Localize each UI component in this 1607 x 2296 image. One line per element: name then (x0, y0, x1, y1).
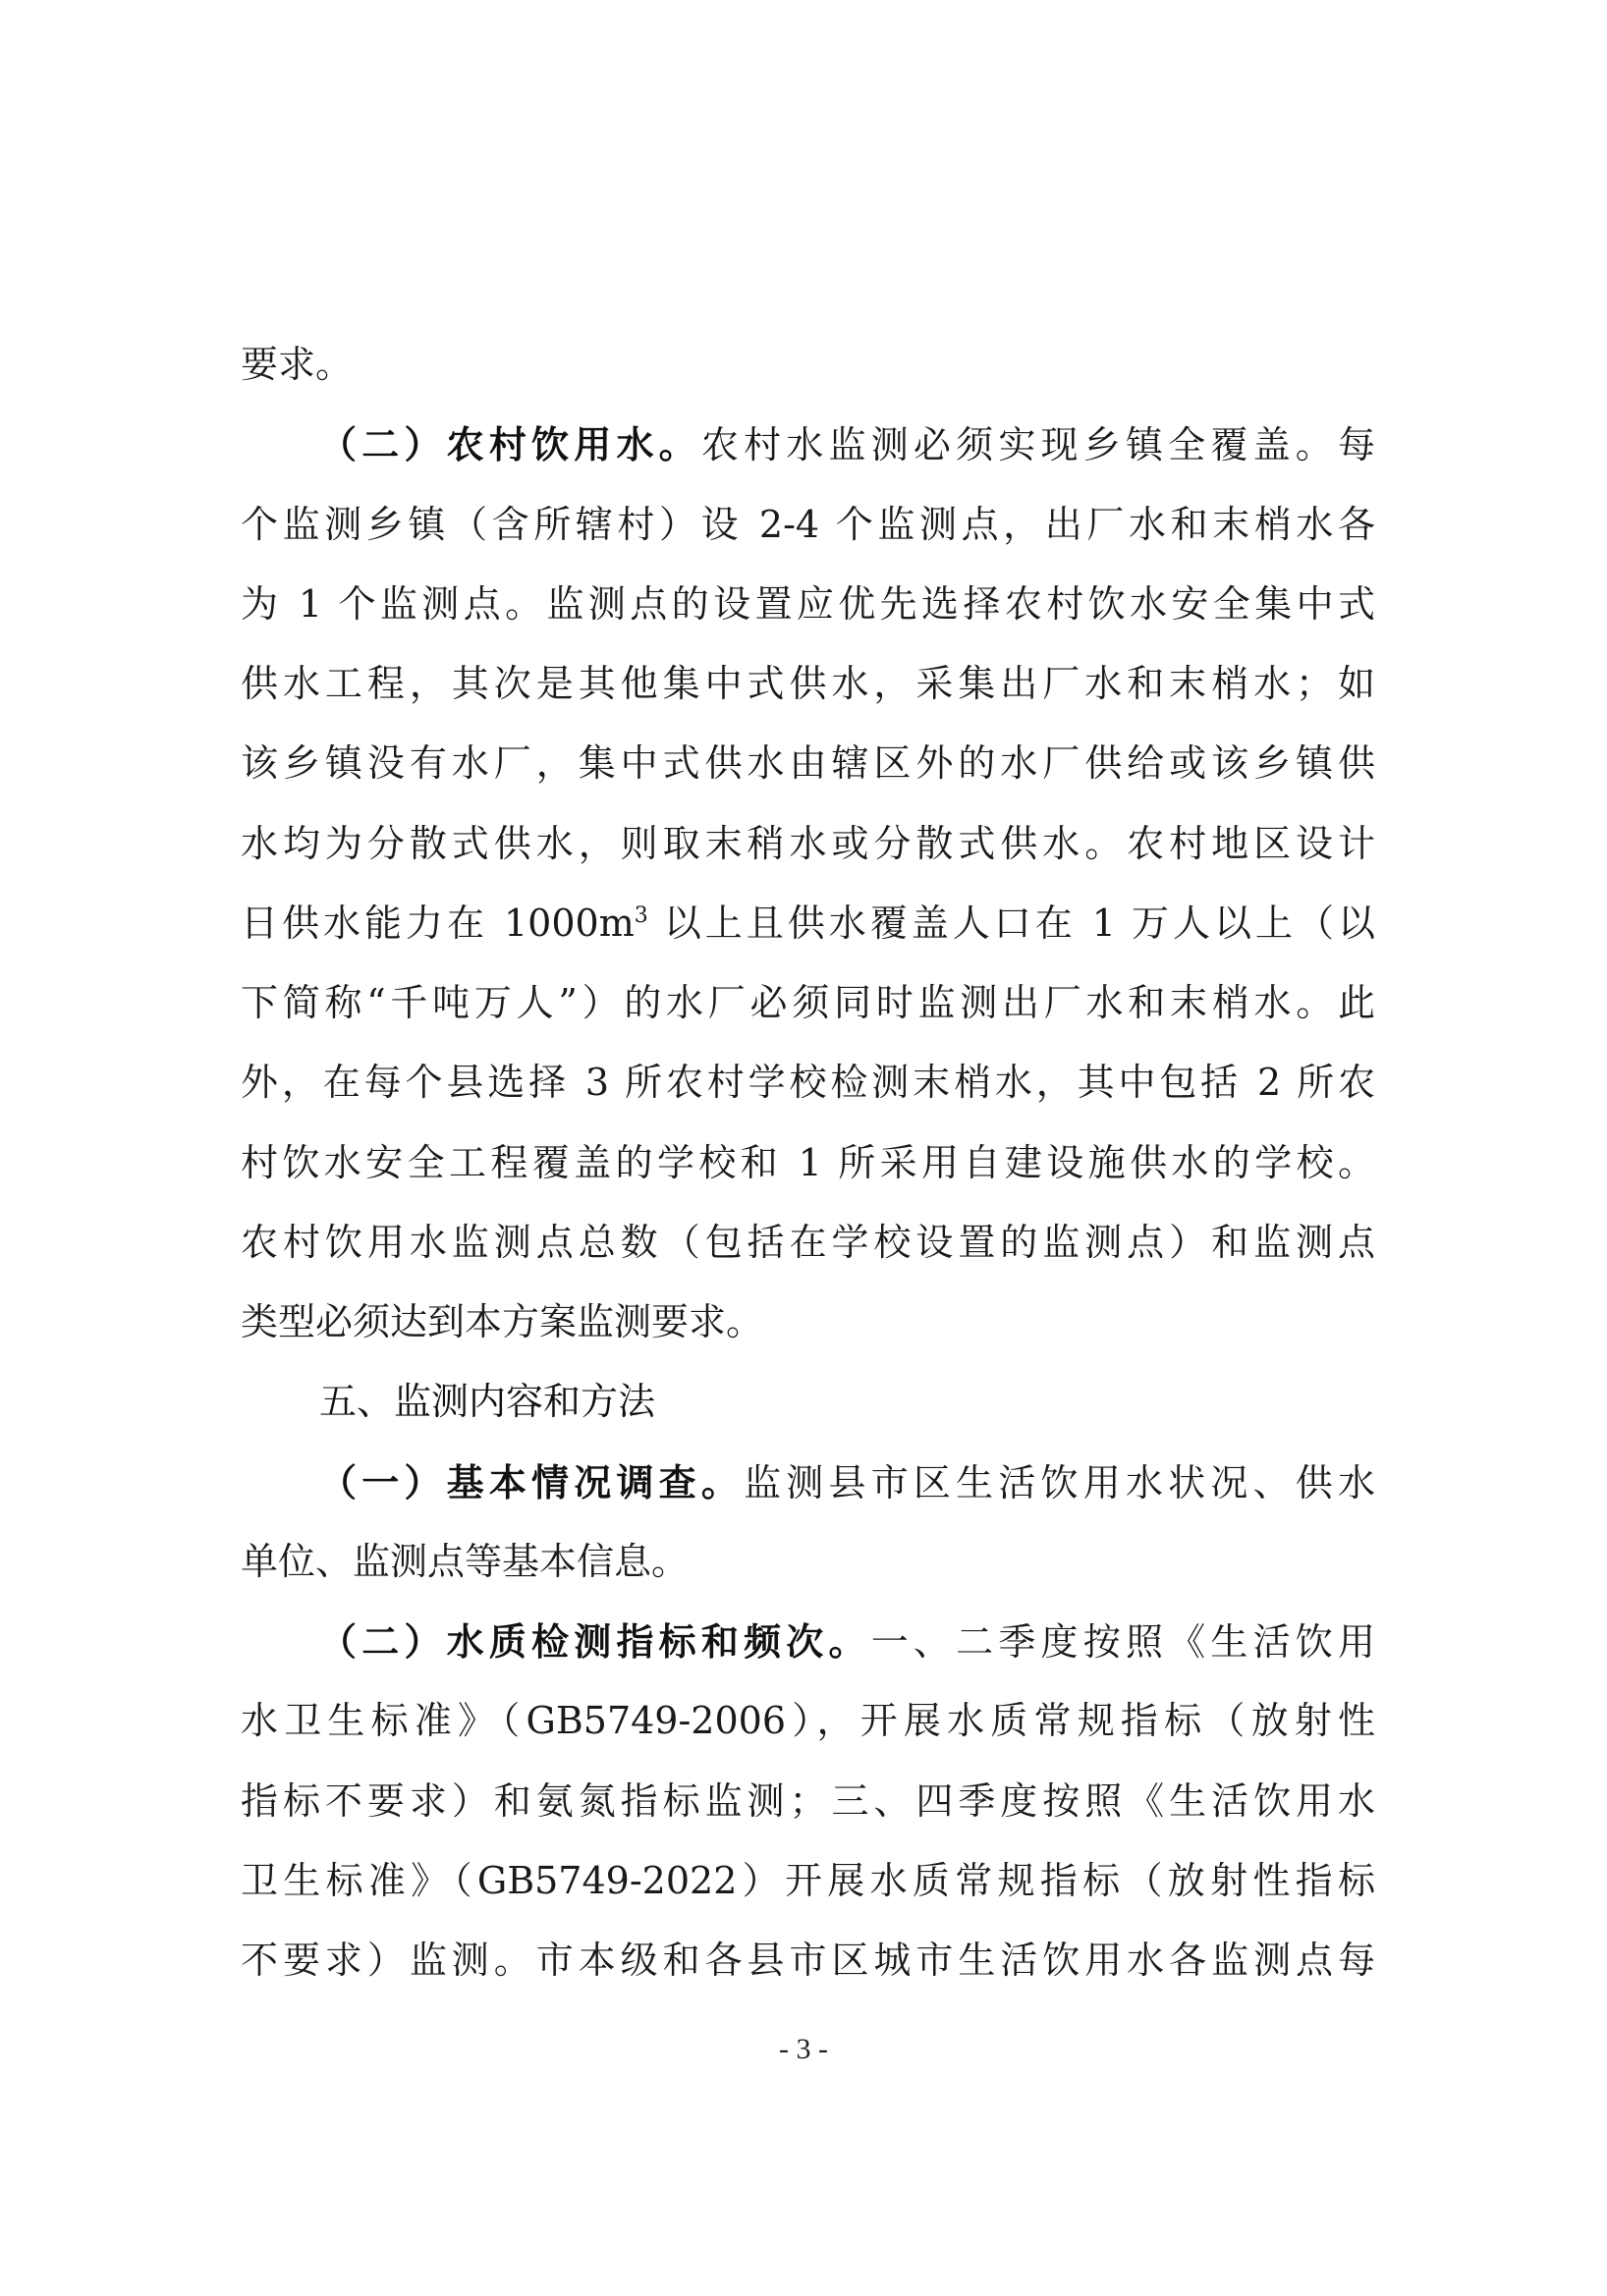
paragraph-text: 农村水监测必须实现乡镇全覆盖。每 (701, 423, 1375, 466)
section-heading-rural-water: （二）农村饮用水。农村水监测必须实现乡镇全覆盖。每 (241, 405, 1375, 484)
paragraph-line: 水卫生标准》（GB5749-2006），开展水质常规指标（放射性 (241, 1681, 1375, 1761)
paragraph-text: 监测县市区生活饮用水状况、供水 (744, 1461, 1375, 1504)
paragraph-line: 个监测乡镇（含所辖村）设 2-4 个监测点，出厂水和末梢水各 (241, 485, 1375, 565)
section-heading-monitoring-content: 五、监测内容和方法 (241, 1362, 1375, 1442)
paragraph-line: 村饮水安全工程覆盖的学校和 1 所采用自建设施供水的学校。 (241, 1123, 1375, 1203)
paragraph-line: 类型必须达到本方案监测要求。 (241, 1283, 1375, 1362)
paragraph-text: 一、二季度按照《生活饮用 (871, 1620, 1375, 1664)
paragraph-line: 卫生标准》（GB5749-2022）开展水质常规指标（放射性指标 (241, 1841, 1375, 1921)
document-page: 要求。 （二）农村饮用水。农村水监测必须实现乡镇全覆盖。每 个监测乡镇（含所辖村… (0, 0, 1607, 2296)
paragraph-line: 供水工程，其次是其他集中式供水，采集出厂水和末梢水；如 (241, 644, 1375, 724)
paragraph-line: 农村饮用水监测点总数（包括在学校设置的监测点）和监测点 (241, 1203, 1375, 1283)
bold-subheading: （一）基本情况调查。 (319, 1460, 744, 1504)
superscript: 3 (635, 903, 648, 928)
paragraph-line: 指标不要求）和氨氮指标监测；三、四季度按照《生活饮用水 (241, 1762, 1375, 1841)
paragraph-line: 单位、监测点等基本信息。 (241, 1522, 1375, 1602)
bold-subheading: （二）农村饮用水。 (319, 422, 701, 466)
subsection-basic-survey: （一）基本情况调查。监测县市区生活饮用水状况、供水 (241, 1443, 1375, 1522)
subsection-water-quality: （二）水质检测指标和频次。一、二季度按照《生活饮用 (241, 1602, 1375, 1681)
page-number: - 3 - (0, 2033, 1607, 2066)
paragraph-line: 该乡镇没有水厂，集中式供水由辖区外的水厂供给或该乡镇供 (241, 724, 1375, 803)
paragraph-line: 日供水能力在 1000m3 以上且供水覆盖人口在 1 万人以上（以 (241, 884, 1375, 963)
paragraph-line: 下简称“千吨万人”）的水厂必须同时监测出厂水和末梢水。此 (241, 963, 1375, 1043)
paragraph-line: 为 1 个监测点。监测点的设置应优先选择农村饮水安全集中式 (241, 565, 1375, 644)
paragraph-line: 不要求）监测。市本级和各县市区城市生活饮用水各监测点每 (241, 1921, 1375, 2000)
paragraph-text: 以上且供水覆盖人口在 1 万人以上（以 (648, 902, 1375, 945)
body-text: 要求。 （二）农村饮用水。农村水监测必须实现乡镇全覆盖。每 个监测乡镇（含所辖村… (241, 325, 1375, 2000)
paragraph-text: 日供水能力在 1000m (241, 902, 635, 945)
paragraph-line: 要求。 (241, 325, 1375, 405)
paragraph-line: 外，在每个县选择 3 所农村学校检测末梢水，其中包括 2 所农 (241, 1043, 1375, 1122)
bold-subheading: （二）水质检测指标和频次。 (319, 1619, 871, 1664)
paragraph-line: 水均为分散式供水，则取末稍水或分散式供水。农村地区设计 (241, 804, 1375, 884)
